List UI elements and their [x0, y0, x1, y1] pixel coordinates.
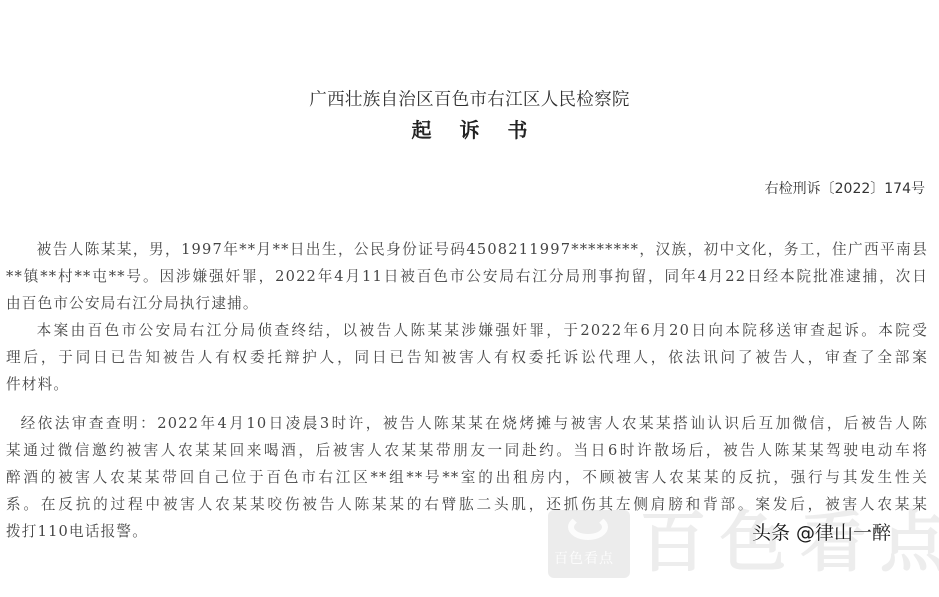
paragraph-defendant-info: 被告人陈某某，男，1997年**月**日出生，公民身份证号码4508211997…: [6, 236, 928, 317]
text-line: **镇**村**屯**号。因涉嫌强奸罪，2022年4月11日被百色市公安局右江分…: [6, 263, 928, 290]
document-title: 起诉书: [0, 114, 939, 143]
paragraph-case-transfer: 本案由百色市公安局右江分局侦查终结，以被告人陈某某涉嫌强奸罪，于2022年6月2…: [6, 317, 928, 398]
text-line: 本案由百色市公安局右江分局侦查终结，以被告人陈某某涉嫌强奸罪，于2022年6月2…: [6, 317, 928, 344]
author-credit: 头条 @律山一醉: [752, 518, 891, 545]
title-char: 书: [508, 114, 528, 143]
procuratorate-name: 广西壮族自治区百色市右江区人民检察院: [0, 86, 939, 111]
document-body: 被告人陈某某，男，1997年**月**日出生，公民身份证号码4508211997…: [6, 236, 928, 545]
text-line: 经依法审查查明：2022年4月10日凌晨3时许，被告人陈某某在烧烤摊与被害人农某…: [6, 410, 928, 437]
watermark-logo-text: 百色看点: [554, 548, 614, 568]
text-line: 醉酒的被害人农某某带回自己位于百色市右江区**组**号**室的出租房内，不顾被害…: [6, 464, 928, 491]
text-line: 系。在反抗的过程中被害人农某某咬伤被告人陈某某的右臂肱二头肌，还抓伤其左侧肩膀和…: [6, 491, 928, 518]
text-line: 某通过微信邀约被害人农某某回来喝酒，后被害人农某某带朋友一同赴约。当日6时许散场…: [6, 437, 928, 464]
text-line: 件材料。: [6, 371, 928, 398]
title-char: 起: [412, 114, 432, 143]
text-line: 被告人陈某某，男，1997年**月**日出生，公民身份证号码4508211997…: [6, 236, 928, 263]
document-number: 右检刑诉〔2022〕174号: [765, 178, 925, 198]
text-line: 理后，于同日已告知被告人有权委托辩护人，同日已告知被害人有权委托诉讼代理人，依法…: [6, 344, 928, 371]
title-char: 诉: [460, 114, 480, 143]
text-line: 由百色市公安局右江分局执行逮捕。: [6, 290, 928, 317]
